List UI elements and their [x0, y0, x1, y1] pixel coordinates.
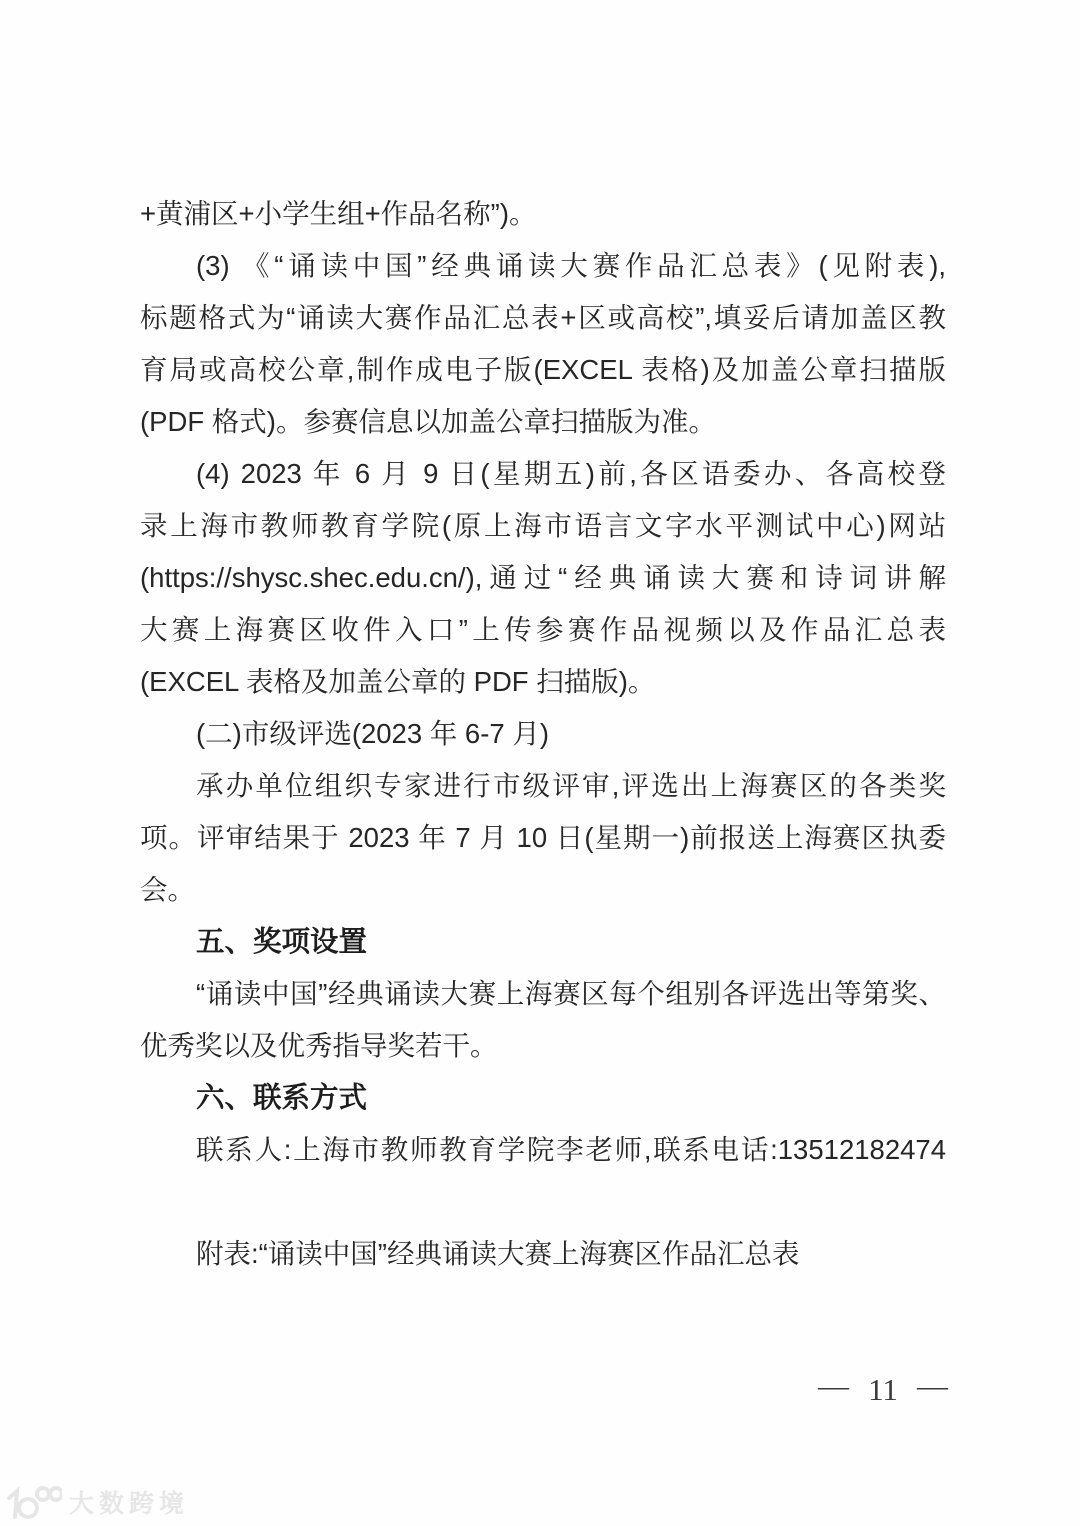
text-line: 大赛上海赛区收件入口”上传参赛作品视频以及作品汇总表 [140, 604, 946, 656]
watermark: 大数跨境 [4, 1482, 189, 1522]
watermark-logo-icon [4, 1482, 62, 1522]
text-line: 优秀奖以及优秀指导奖若干。 [140, 1020, 946, 1072]
text-line: (PDF 格式)。参赛信息以加盖公章扫描版为准。 [140, 396, 946, 448]
watermark-text: 大数跨境 [69, 1484, 189, 1520]
text-line: 联系人:上海市教师教育学院李老师,联系电话:13512182474 [140, 1124, 946, 1176]
text-line: 育局或高校公章,制作成电子版(EXCEL 表格)及加盖公章扫描版 [140, 344, 946, 396]
text-line: 录上海市教师教育学院(原上海市语言文字水平测试中心)网站 [140, 500, 946, 552]
text-line: 会。 [140, 864, 946, 916]
text-line: 承办单位组织专家进行市级评审,评选出上海赛区的各类奖 [140, 760, 946, 812]
page-number-dash-right: — [917, 1368, 948, 1404]
section-heading: 五、奖项设置 [140, 916, 946, 968]
text-line: (4) 2023 年 6 月 9 日(星期五)前,各区语委办、各高校登 [140, 448, 946, 500]
document-body: +黄浦区+小学生组+作品名称”)。(3) 《“诵读中国”经典诵读大赛作品汇总表》… [140, 188, 946, 1280]
page-number-dash-left: — [818, 1368, 849, 1404]
text-line: 项。评审结果于 2023 年 7 月 10 日(星期一)前报送上海赛区执委 [140, 812, 946, 864]
document-page: +黄浦区+小学生组+作品名称”)。(3) 《“诵读中国”经典诵读大赛作品汇总表》… [0, 0, 1080, 1526]
page-number: — 11 — [818, 1372, 948, 1408]
page-number-value: 11 [868, 1372, 898, 1408]
text-line: (EXCEL 表格及加盖公章的 PDF 扫描版)。 [140, 656, 946, 708]
section-heading: 六、联系方式 [140, 1072, 946, 1124]
blank-line [140, 1176, 946, 1228]
text-line: (二)市级评选(2023 年 6-7 月) [140, 708, 946, 760]
text-line: “诵读中国”经典诵读大赛上海赛区每个组别各评选出等第奖、 [140, 968, 946, 1020]
text-line: (https://shysc.shec.edu.cn/),通过“经典诵读大赛和诗… [140, 552, 946, 604]
text-line: 附表:“诵读中国”经典诵读大赛上海赛区作品汇总表 [140, 1228, 946, 1280]
text-line: 标题格式为“诵读大赛作品汇总表+区或高校”,填妥后请加盖区教 [140, 292, 946, 344]
text-line: +黄浦区+小学生组+作品名称”)。 [140, 188, 946, 240]
text-line: (3) 《“诵读中国”经典诵读大赛作品汇总表》(见附表), [140, 240, 946, 292]
